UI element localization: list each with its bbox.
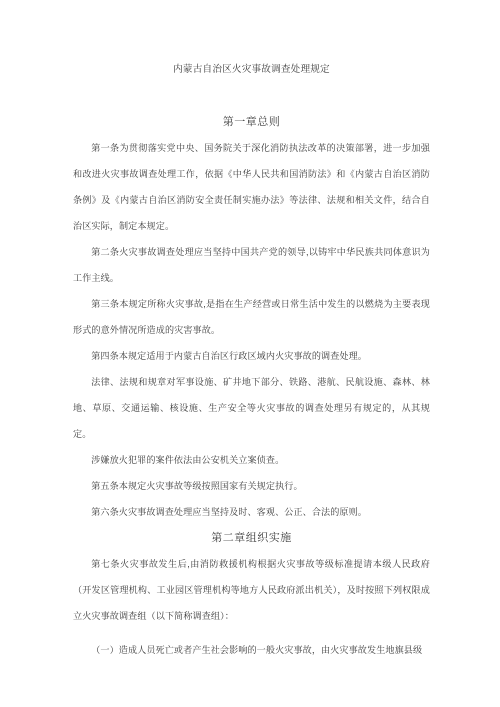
document-title: 内蒙古自治区火灾事故调查处理规定 [73,57,430,83]
paragraph: 第七条火灾事故发生后,由消防救援机构根据火灾事故等级标准提请本级人民政府（开发区… [73,551,430,629]
paragraph: 第二条火灾事故调查处理应当坚持中国共产党的领导,以铸牢中华民族共同体意识为工作主… [73,239,430,291]
paragraph: 第六条火灾事故调查处理应当坚持及时、客观、公正、合法的原则。 [73,499,430,525]
chapter-heading: 第二章组织实施 [73,525,430,551]
paragraph: 第一条为贯彻落实党中央、国务院关于深化消防执法改革的决策部署，进一步加强和改进火… [73,135,430,239]
blank-line [73,83,430,109]
paragraph: 法律、法规和规章对军事设施、矿井地下部分、铁路、港航、民航设施、森林、林地、草原… [73,369,430,447]
paragraph: 第五条本规定火灾事故等级按照国家有关规定执行。 [73,473,430,499]
document-body: 内蒙古自治区火灾事故调查处理规定第一章总则第一条为贯彻落实党中央、国务院关于深化… [73,57,430,663]
paragraph: 涉嫌放火犯罪的案件依法由公安机关立案侦查。 [73,447,430,473]
document-page: 内蒙古自治区火灾事故调查处理规定第一章总则第一条为贯彻落实党中央、国务院关于深化… [0,0,500,707]
paragraph: 第四条本规定适用于内蒙古自治区行政区域内火灾事故的调查处理。 [73,343,430,369]
paragraph: 第三条本规定所称火灾事故,是指在生产经营或日常生活中发生的以燃烧为主要表现形式的… [73,291,430,343]
chapter-heading: 第一章总则 [73,109,430,135]
paragraph: （一）造成人员死亡或者产生社会影响的一般火灾事故，由火灾事故发生地旗县级 [73,637,430,663]
